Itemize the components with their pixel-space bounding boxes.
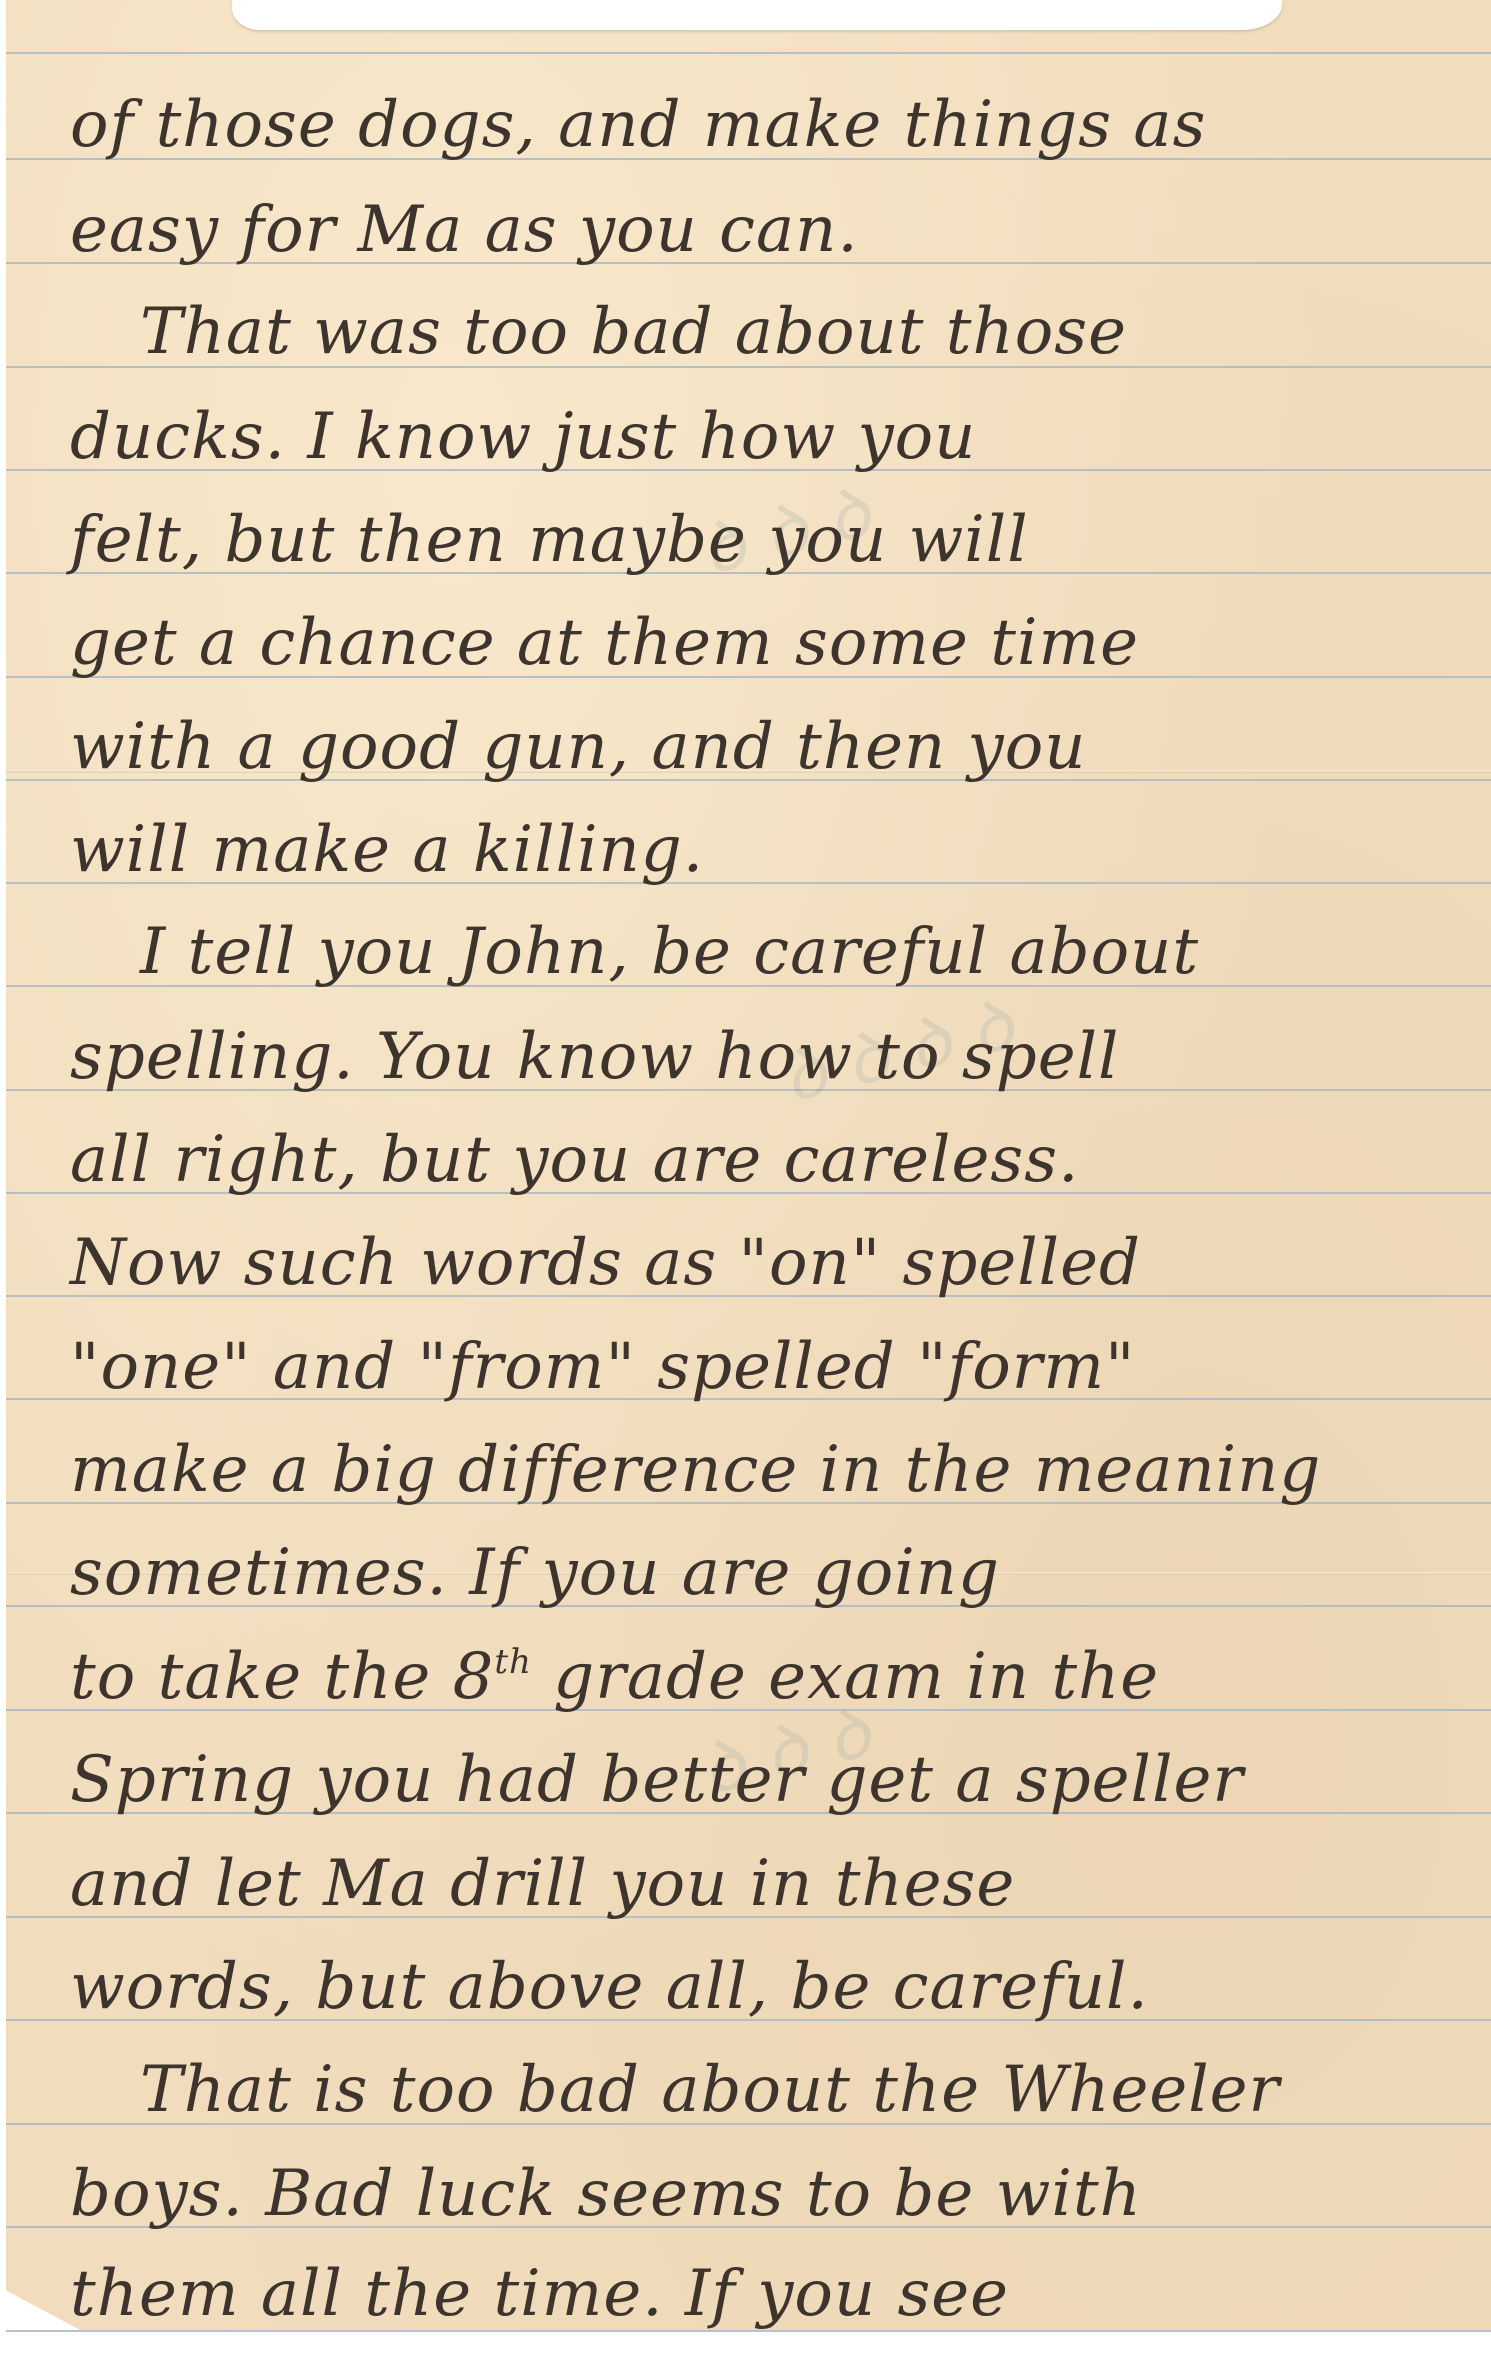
handwritten-line: to take the 8th grade exam in the	[70, 1645, 1159, 1709]
handwritten-line: sometimes. If you are going	[70, 1541, 1000, 1605]
handwritten-line: them all the time. If you see	[70, 2262, 1009, 2326]
handwritten-line: spelling. You know how to spell	[70, 1025, 1120, 1089]
handwritten-line: Spring you had better get a speller	[70, 1748, 1244, 1812]
handwritten-line: Now such words as "on" spelled	[70, 1231, 1141, 1295]
handwritten-line: ducks. I know just how you	[70, 405, 976, 469]
handwritten-line: all right, but you are careless.	[70, 1128, 1079, 1192]
handwritten-line: easy for Ma as you can.	[70, 198, 859, 262]
handwritten-line: That was too bad about those	[140, 300, 1127, 364]
torn-top-edge	[232, 0, 1282, 30]
line-text: to take the 8	[70, 1640, 494, 1714]
handwritten-line: will make a killing.	[70, 818, 704, 882]
handwritten-line: get a chance at them some time	[70, 611, 1139, 675]
handwritten-line: "one" and "from" spelled "form"	[70, 1335, 1135, 1399]
handwritten-line: That is too bad about the Wheeler	[140, 2058, 1280, 2122]
line-text: grade exam in the	[532, 1640, 1159, 1714]
handwritten-line: boys. Bad luck seems to be with	[70, 2162, 1142, 2226]
handwritten-line: and let Ma drill you in these	[70, 1852, 1015, 1916]
handwritten-line: make a big difference in the meaning	[70, 1438, 1321, 1502]
handwritten-line: felt, but then maybe you will	[70, 508, 1029, 572]
handwritten-line: I tell you John, be careful about	[140, 920, 1199, 984]
ruled-line	[6, 52, 1491, 54]
handwritten-line: words, but above all, be careful.	[70, 1955, 1149, 2019]
handwritten-line: of those dogs, and make things as	[70, 93, 1206, 157]
handwritten-line: with a good gun, and then you	[70, 715, 1086, 779]
ordinal-superscript: th	[494, 1642, 532, 1682]
